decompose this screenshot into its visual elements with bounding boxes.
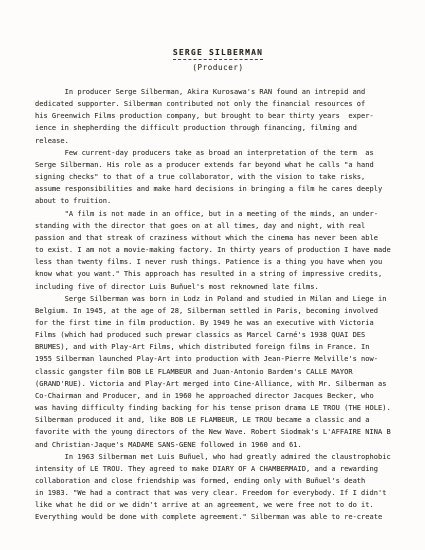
document-page: SERGE SILBERMAN (Producer) In producer S… xyxy=(0,0,425,550)
document-title: SERGE SILBERMAN xyxy=(173,48,263,60)
document-heading: SERGE SILBERMAN (Producer) xyxy=(35,40,401,72)
paragraph-biography: Serge Silberman was born in Lodz in Pola… xyxy=(35,293,401,451)
paragraph-quote-filmmaking: "A film is not made in an office, but in… xyxy=(35,208,401,293)
paragraph-intro: In producer Serge Silberman, Akira Kuros… xyxy=(35,86,401,147)
paragraph-producer-role: Few current-day producers take as broad … xyxy=(35,147,401,208)
document-content: SERGE SILBERMAN (Producer) In producer S… xyxy=(35,40,401,524)
document-subtitle: (Producer) xyxy=(35,63,401,72)
document-body: In producer Serge Silberman, Akira Kuros… xyxy=(35,86,401,524)
paragraph-bunuel-collaboration: In 1963 Silberman met Luis Buñuel, who h… xyxy=(35,451,401,524)
